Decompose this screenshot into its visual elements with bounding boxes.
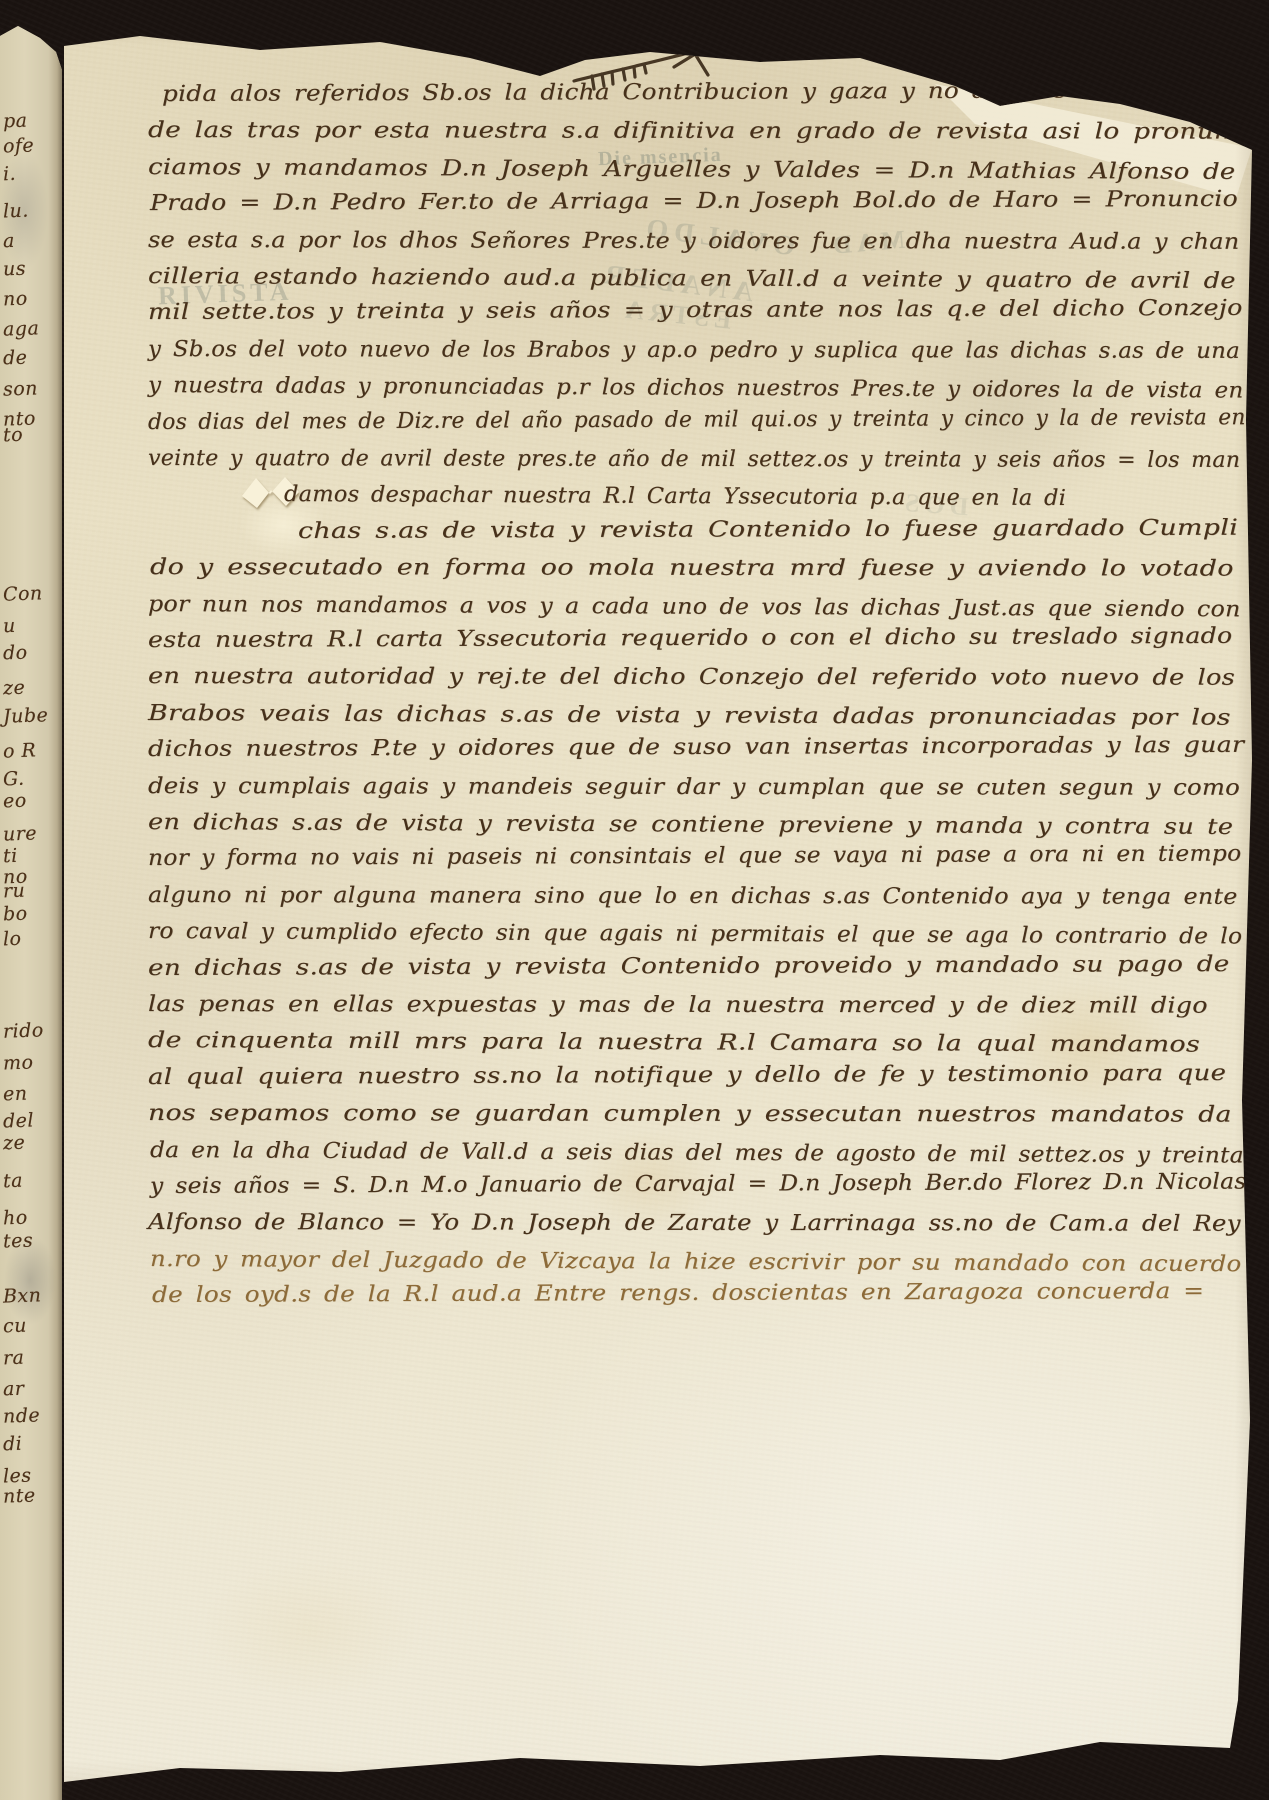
adjacent-page-word-fragment: mo (3, 1051, 34, 1074)
manuscript-page: Die msenciaRIVISTAOVALDOANADERMADESTRADO… (0, 0, 1269, 1800)
manuscript-line: de cinquenta mill mrs para la nuestra R.… (148, 1026, 1200, 1061)
manuscript-line: en nuestra autoridad y rej.te del dicho … (148, 662, 1235, 694)
manuscript-line: chas s.as de vista y revista Contenido l… (298, 513, 1238, 546)
adjacent-page-word-fragment: us (3, 258, 27, 281)
manuscript-line: mil sette.tos y treinta y seis años = y … (148, 294, 1243, 328)
manuscript-line: al qual quiera nuestro ss.no la notifiqu… (148, 1059, 1226, 1093)
manuscript-line: dichos nuestros P.te y oidores que de su… (148, 731, 1245, 765)
adjacent-page-word-fragment: i. (3, 163, 17, 185)
adjacent-page-word-fragment: ra (3, 1347, 25, 1370)
adjacent-page-word-fragment: son (3, 377, 39, 400)
adjacent-page-word-fragment: a (3, 230, 16, 252)
aging-stain (200, 1560, 420, 1700)
manuscript-line: n.ro y mayor del Juzgado de Vizcaya la h… (150, 1245, 1242, 1280)
adjacent-page-word-fragment: G. (3, 768, 25, 791)
adjacent-page-word-fragment: o R (3, 739, 37, 762)
manuscript-line: las penas en ellas expuestas y mas de la… (148, 990, 1208, 1022)
manuscript-line: y seis años = S. D.n M.o Januario de Car… (150, 1167, 1247, 1202)
manuscript-line: y nuestra dadas y pronunciadas p.r los d… (148, 371, 1244, 406)
adjacent-page-word-fragment: ti (3, 845, 18, 868)
adjacent-page-word-fragment: Bxn (3, 1284, 42, 1307)
adjacent-page-word-fragment: ta (3, 1170, 24, 1193)
adjacent-page-word-fragment: pa (3, 110, 28, 133)
adjacent-page-word-fragment: rido (3, 1019, 45, 1042)
adjacent-page-word-fragment: lo (3, 928, 22, 951)
manuscript-line: dos dias del mes de Diz.re del año pasad… (148, 403, 1246, 438)
adjacent-page-word-fragment: del (3, 1109, 35, 1132)
manuscript-line: esta nuestra R.l carta Yssecutoria reque… (148, 622, 1233, 656)
manuscript-line: veinte y quatro de avril deste pres.te a… (148, 444, 1240, 476)
adjacent-page-word-fragment: ho (3, 1207, 28, 1230)
manuscript-line: en dichas s.as de vista y revista se con… (148, 808, 1233, 843)
manuscript-line: se esta s.a por los dhos Señores Pres.te… (148, 226, 1240, 258)
adjacent-page-word-fragment: cu (3, 1315, 28, 1338)
manuscript-line: nos sepamos como se guardan cumplen y es… (148, 1099, 1232, 1131)
adjacent-page-word-fragment: Con (3, 582, 43, 605)
adjacent-page-word-fragment: ar (3, 1378, 25, 1401)
adjacent-page-word-fragment: ze (3, 677, 26, 700)
manuscript-line: nor y forma no vais ni paseis ni consint… (148, 840, 1242, 875)
manuscript-line: da en la dha Ciudad de Vall.d a seis dia… (150, 1136, 1244, 1171)
adjacent-page-word-fragment: Jube (3, 704, 49, 728)
adjacent-page-word-fragment: ze (3, 1132, 26, 1155)
manuscript-line: de las tras por esta nuestra s.a difinit… (148, 116, 1231, 148)
adjacent-page-word-fragment: ru (3, 880, 26, 903)
adjacent-page-word-fragment: nde (3, 1404, 41, 1427)
manuscript-line: ro caval y cumplido efecto sin que agais… (148, 917, 1243, 952)
manuscript-line: de los oyd.s de la R.l aud.a Entre rengs… (152, 1277, 1204, 1311)
adjacent-page-word-fragment: nte (3, 1484, 36, 1507)
adjacent-page-edge: paofei.lu.ausnoagadesonntotoConudozeJube… (0, 0, 62, 1800)
adjacent-page-word-fragment: en (3, 1083, 28, 1106)
manuscript-line: do y essecutado en forma oo mola nuestra… (150, 553, 1234, 585)
adjacent-page-word-fragment: ofe (3, 134, 35, 157)
adjacent-page-word-fragment: di (3, 1433, 23, 1456)
adjacent-page-word-fragment: bo (3, 903, 28, 926)
photo-background: paofei.lu.ausnoagadesonntotoConudozeJube… (0, 0, 1269, 1800)
manuscript-line: Prado = D.n Pedro Fer.to de Arriaga = D.… (150, 185, 1238, 219)
manuscript-line: cilleria estando haziendo aud.a publica … (148, 262, 1236, 297)
manuscript-line: Alfonso de Blanco = Yo D.n Joseph de Zar… (148, 1208, 1241, 1240)
manuscript-line: ciamos y mandamos D.n Joseph Arguelles y… (148, 153, 1236, 188)
adjacent-page-word-fragment: aga (3, 317, 40, 340)
manuscript-line: por nun nos mandamos a vos y a cada uno … (148, 590, 1241, 625)
manuscript-line: en dichas s.as de vista y revista Conten… (148, 950, 1230, 984)
adjacent-page-word-fragment: u (3, 615, 17, 637)
adjacent-page-word-fragment: ure (3, 822, 38, 845)
manuscript-line: pida alos referidos Sb.os la dicha Contr… (162, 76, 1246, 110)
adjacent-page-word-fragment: de (3, 347, 28, 370)
adjacent-page-word-fragment: do (3, 642, 28, 665)
adjacent-page-word-fragment: to (3, 424, 24, 447)
manuscript-line: Brabos veais las dichas s.as de vista y … (148, 699, 1231, 734)
adjacent-page-word-fragment: eo (3, 790, 27, 813)
manuscript-line: deis y cumplais agais y mandeis seguir d… (148, 772, 1240, 804)
manuscript-line: alguno ni por alguna manera sino que lo … (148, 881, 1238, 913)
manuscript-line: damos despachar nuestra R.l Carta Yssecu… (284, 480, 1066, 514)
adjacent-page-word-fragment: lu. (3, 200, 30, 223)
manuscript-line: y Sb.os del voto nuevo de los Brabos y a… (148, 335, 1240, 367)
adjacent-page-word-fragment: no (3, 288, 28, 311)
adjacent-page-word-fragment: tes (3, 1229, 34, 1252)
